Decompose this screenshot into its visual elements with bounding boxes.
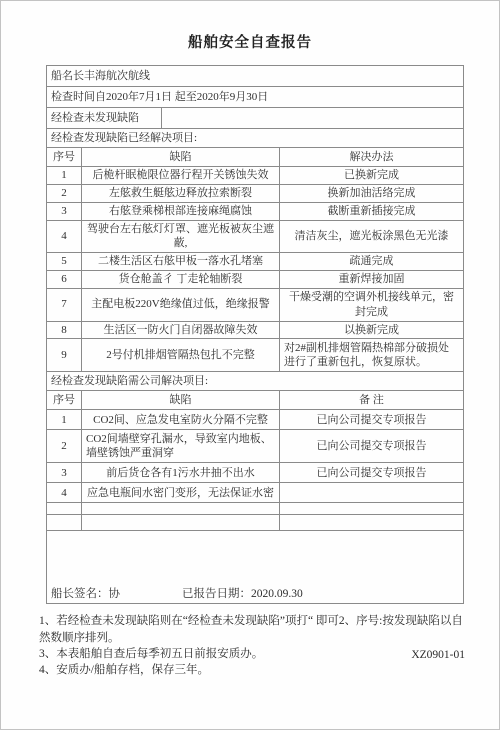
table-row: 3 右舷登乘梯根部连接麻绳腐蚀 截断重新插接完成 — [47, 202, 464, 220]
resolved-section-title-row: 经检查发现缺陷已经解决项目: — [47, 129, 464, 148]
defect-cell: 二楼生活区右舷甲板一落水孔堵塞 — [82, 253, 280, 271]
col-header-defect: 缺陷 — [82, 148, 280, 167]
row-no: 6 — [47, 271, 82, 289]
ship-name-cell: 船名长丰海航次航线 — [47, 66, 464, 87]
remark-cell — [280, 515, 464, 531]
company-section-title: 经检查发现缺陷需公司解决项目: — [47, 372, 464, 391]
remark-cell — [280, 483, 464, 503]
row-no: 1 — [47, 167, 82, 185]
defect-cell: CO2间、应急发电室防火分隔不完整 — [82, 410, 280, 430]
remark-cell: 已向公司提交专项报告 — [280, 430, 464, 463]
defect-cell — [82, 503, 280, 515]
resolved-header-row: 序号 缺陷 解决办法 — [47, 148, 464, 167]
defect-cell: 右舷登乘梯根部连接麻绳腐蚀 — [82, 202, 280, 220]
inspection-period-row: 检查时间自2020年7月1日 起至2020年9月30日 — [47, 87, 464, 108]
defect-cell: 前后货仓各有1污水井抽不出水 — [82, 463, 280, 483]
row-no: 9 — [47, 339, 82, 372]
row-no — [47, 515, 82, 531]
defect-cell — [82, 515, 280, 531]
footnote-1: 1、若经检查未发现缺陷则在“经检查未发现缺陷”项打“ 即可2、序号:按发现缺陷以… — [39, 613, 465, 646]
no-defect-row: 经检查未发现缺陷 — [47, 108, 464, 129]
defect-cell: 生活区一防火门自闭器故障失效 — [82, 321, 280, 339]
table-row: 4 应急电瓶间水密门变形，无法保证水密 — [47, 483, 464, 503]
defect-cell: 主配电板220V绝缘值过低，绝缘报警 — [82, 288, 280, 321]
resolved-section-title: 经检查发现缺陷已经解决项目: — [47, 129, 464, 148]
remark-cell — [280, 503, 464, 515]
footnote-4: 4、安质办/船舶存档，保存三年。 — [39, 662, 465, 678]
table-row: 7 主配电板220V绝缘值过低，绝缘报警 干燥受潮的空调外机接线单元，密封完成 — [47, 288, 464, 321]
col-header-no: 序号 — [47, 148, 82, 167]
table-row: 4 驾驶台左右舷灯灯罩、遮光板被灰尘遮蔽, 清洁灰尘，遮光板涂黑色无光漆 — [47, 220, 464, 253]
company-section-title-row: 经检查发现缺陷需公司解决项目: — [47, 372, 464, 391]
col-header-no: 序号 — [47, 391, 82, 410]
document-page: 船舶安全自查报告 船名长丰海航次航线 检查时间自2020年7月1日 起至2020… — [0, 0, 500, 730]
solution-cell: 重新焊接加固 — [280, 271, 464, 289]
page-title: 船舶安全自查报告 — [1, 31, 499, 52]
row-no: 3 — [47, 463, 82, 483]
solution-cell: 疏通完成 — [280, 253, 464, 271]
solution-cell: 换新加油活络完成 — [280, 184, 464, 202]
row-no: 3 — [47, 202, 82, 220]
report-table: 船名长丰海航次航线 检查时间自2020年7月1日 起至2020年9月30日 经检… — [46, 65, 464, 604]
defect-cell: CO2间墙壁穿孔漏水，导致室内地板、墙壁锈蚀严重洞穿 — [82, 430, 280, 463]
defect-cell: 应急电瓶间水密门变形，无法保证水密 — [82, 483, 280, 503]
table-row: 2 左舷救生艇舷边释放拉索断裂 换新加油活络完成 — [47, 184, 464, 202]
table-row: 9 2号付机排烟管隔热包扎不完整 对2#副机排烟管隔热棉部分破损处进行了重新包扎… — [47, 339, 464, 372]
remark-cell: 已向公司提交专项报告 — [280, 463, 464, 483]
ship-name-row: 船名长丰海航次航线 — [47, 66, 464, 87]
table-row: 1 CO2间、应急发电室防火分隔不完整 已向公司提交专项报告 — [47, 410, 464, 430]
row-no: 5 — [47, 253, 82, 271]
col-header-solution: 解决办法 — [280, 148, 464, 167]
row-no — [47, 503, 82, 515]
captain-signature-label: 船长签名： — [51, 588, 109, 600]
table-row: 1 后桅杆眠桅限位器行程开关锈蚀失效 已换新完成 — [47, 167, 464, 185]
row-no: 4 — [47, 220, 82, 253]
defect-cell: 货仓舱盖彳 丁走轮轴断裂 — [82, 271, 280, 289]
row-no: 7 — [47, 288, 82, 321]
row-no: 8 — [47, 321, 82, 339]
row-no: 2 — [47, 184, 82, 202]
col-header-remark: 备 注 — [280, 391, 464, 410]
signature-line: 船长签名：协已报告日期：2020.09.30 — [51, 588, 303, 600]
table-row: 6 货仓舱盖彳 丁走轮轴断裂 重新焊接加固 — [47, 271, 464, 289]
table-row-empty — [47, 515, 464, 531]
table-row-empty — [47, 503, 464, 515]
solution-cell: 清洁灰尘，遮光板涂黑色无光漆 — [280, 220, 464, 253]
defect-cell: 2号付机排烟管隔热包扎不完整 — [82, 339, 280, 372]
row-no: 2 — [47, 430, 82, 463]
solution-cell: 对2#副机排烟管隔热棉部分破损处进行了重新包扎，恢复原状。 — [280, 339, 464, 372]
row-no: 1 — [47, 410, 82, 430]
defect-cell: 左舷救生艇舷边释放拉索断裂 — [82, 184, 280, 202]
table-row: 2 CO2间墙壁穿孔漏水，导致室内地板、墙壁锈蚀严重洞穿 已向公司提交专项报告 — [47, 430, 464, 463]
table-row: 8 生活区一防火门自闭器故障失效 以换新完成 — [47, 321, 464, 339]
solution-cell: 已换新完成 — [280, 167, 464, 185]
solution-cell: 截断重新插接完成 — [280, 202, 464, 220]
captain-signature-value: 协 — [109, 588, 121, 600]
signature-row: 船长签名：协已报告日期：2020.09.30 — [47, 531, 464, 604]
remark-cell: 已向公司提交专项报告 — [280, 410, 464, 430]
table-row: 3 前后货仓各有1污水井抽不出水 已向公司提交专项报告 — [47, 463, 464, 483]
no-defect-label-cell: 经检查未发现缺陷 — [47, 108, 162, 129]
report-date-value: 2020.09.30 — [251, 588, 303, 600]
signature-cell: 船长签名：协已报告日期：2020.09.30 — [47, 531, 464, 604]
footnotes: 1、若经检查未发现缺陷则在“经检查未发现缺陷”项打“ 即可2、序号:按发现缺陷以… — [39, 613, 465, 678]
form-code: XZ0901-01 — [411, 649, 465, 661]
no-defect-value-cell — [162, 108, 464, 129]
table-row: 5 二楼生活区右舷甲板一落水孔堵塞 疏通完成 — [47, 253, 464, 271]
inspection-period-cell: 检查时间自2020年7月1日 起至2020年9月30日 — [47, 87, 464, 108]
solution-cell: 以换新完成 — [280, 321, 464, 339]
report-date-label: 已报告日期： — [182, 588, 251, 600]
defect-cell: 驾驶台左右舷灯灯罩、遮光板被灰尘遮蔽, — [82, 220, 280, 253]
defect-cell: 后桅杆眠桅限位器行程开关锈蚀失效 — [82, 167, 280, 185]
col-header-defect: 缺陷 — [82, 391, 280, 410]
footnote-3: 3、本表船舶自查后每季初五日前报安质办。 — [39, 646, 465, 662]
row-no: 4 — [47, 483, 82, 503]
company-header-row: 序号 缺陷 备 注 — [47, 391, 464, 410]
solution-cell: 干燥受潮的空调外机接线单元，密封完成 — [280, 288, 464, 321]
